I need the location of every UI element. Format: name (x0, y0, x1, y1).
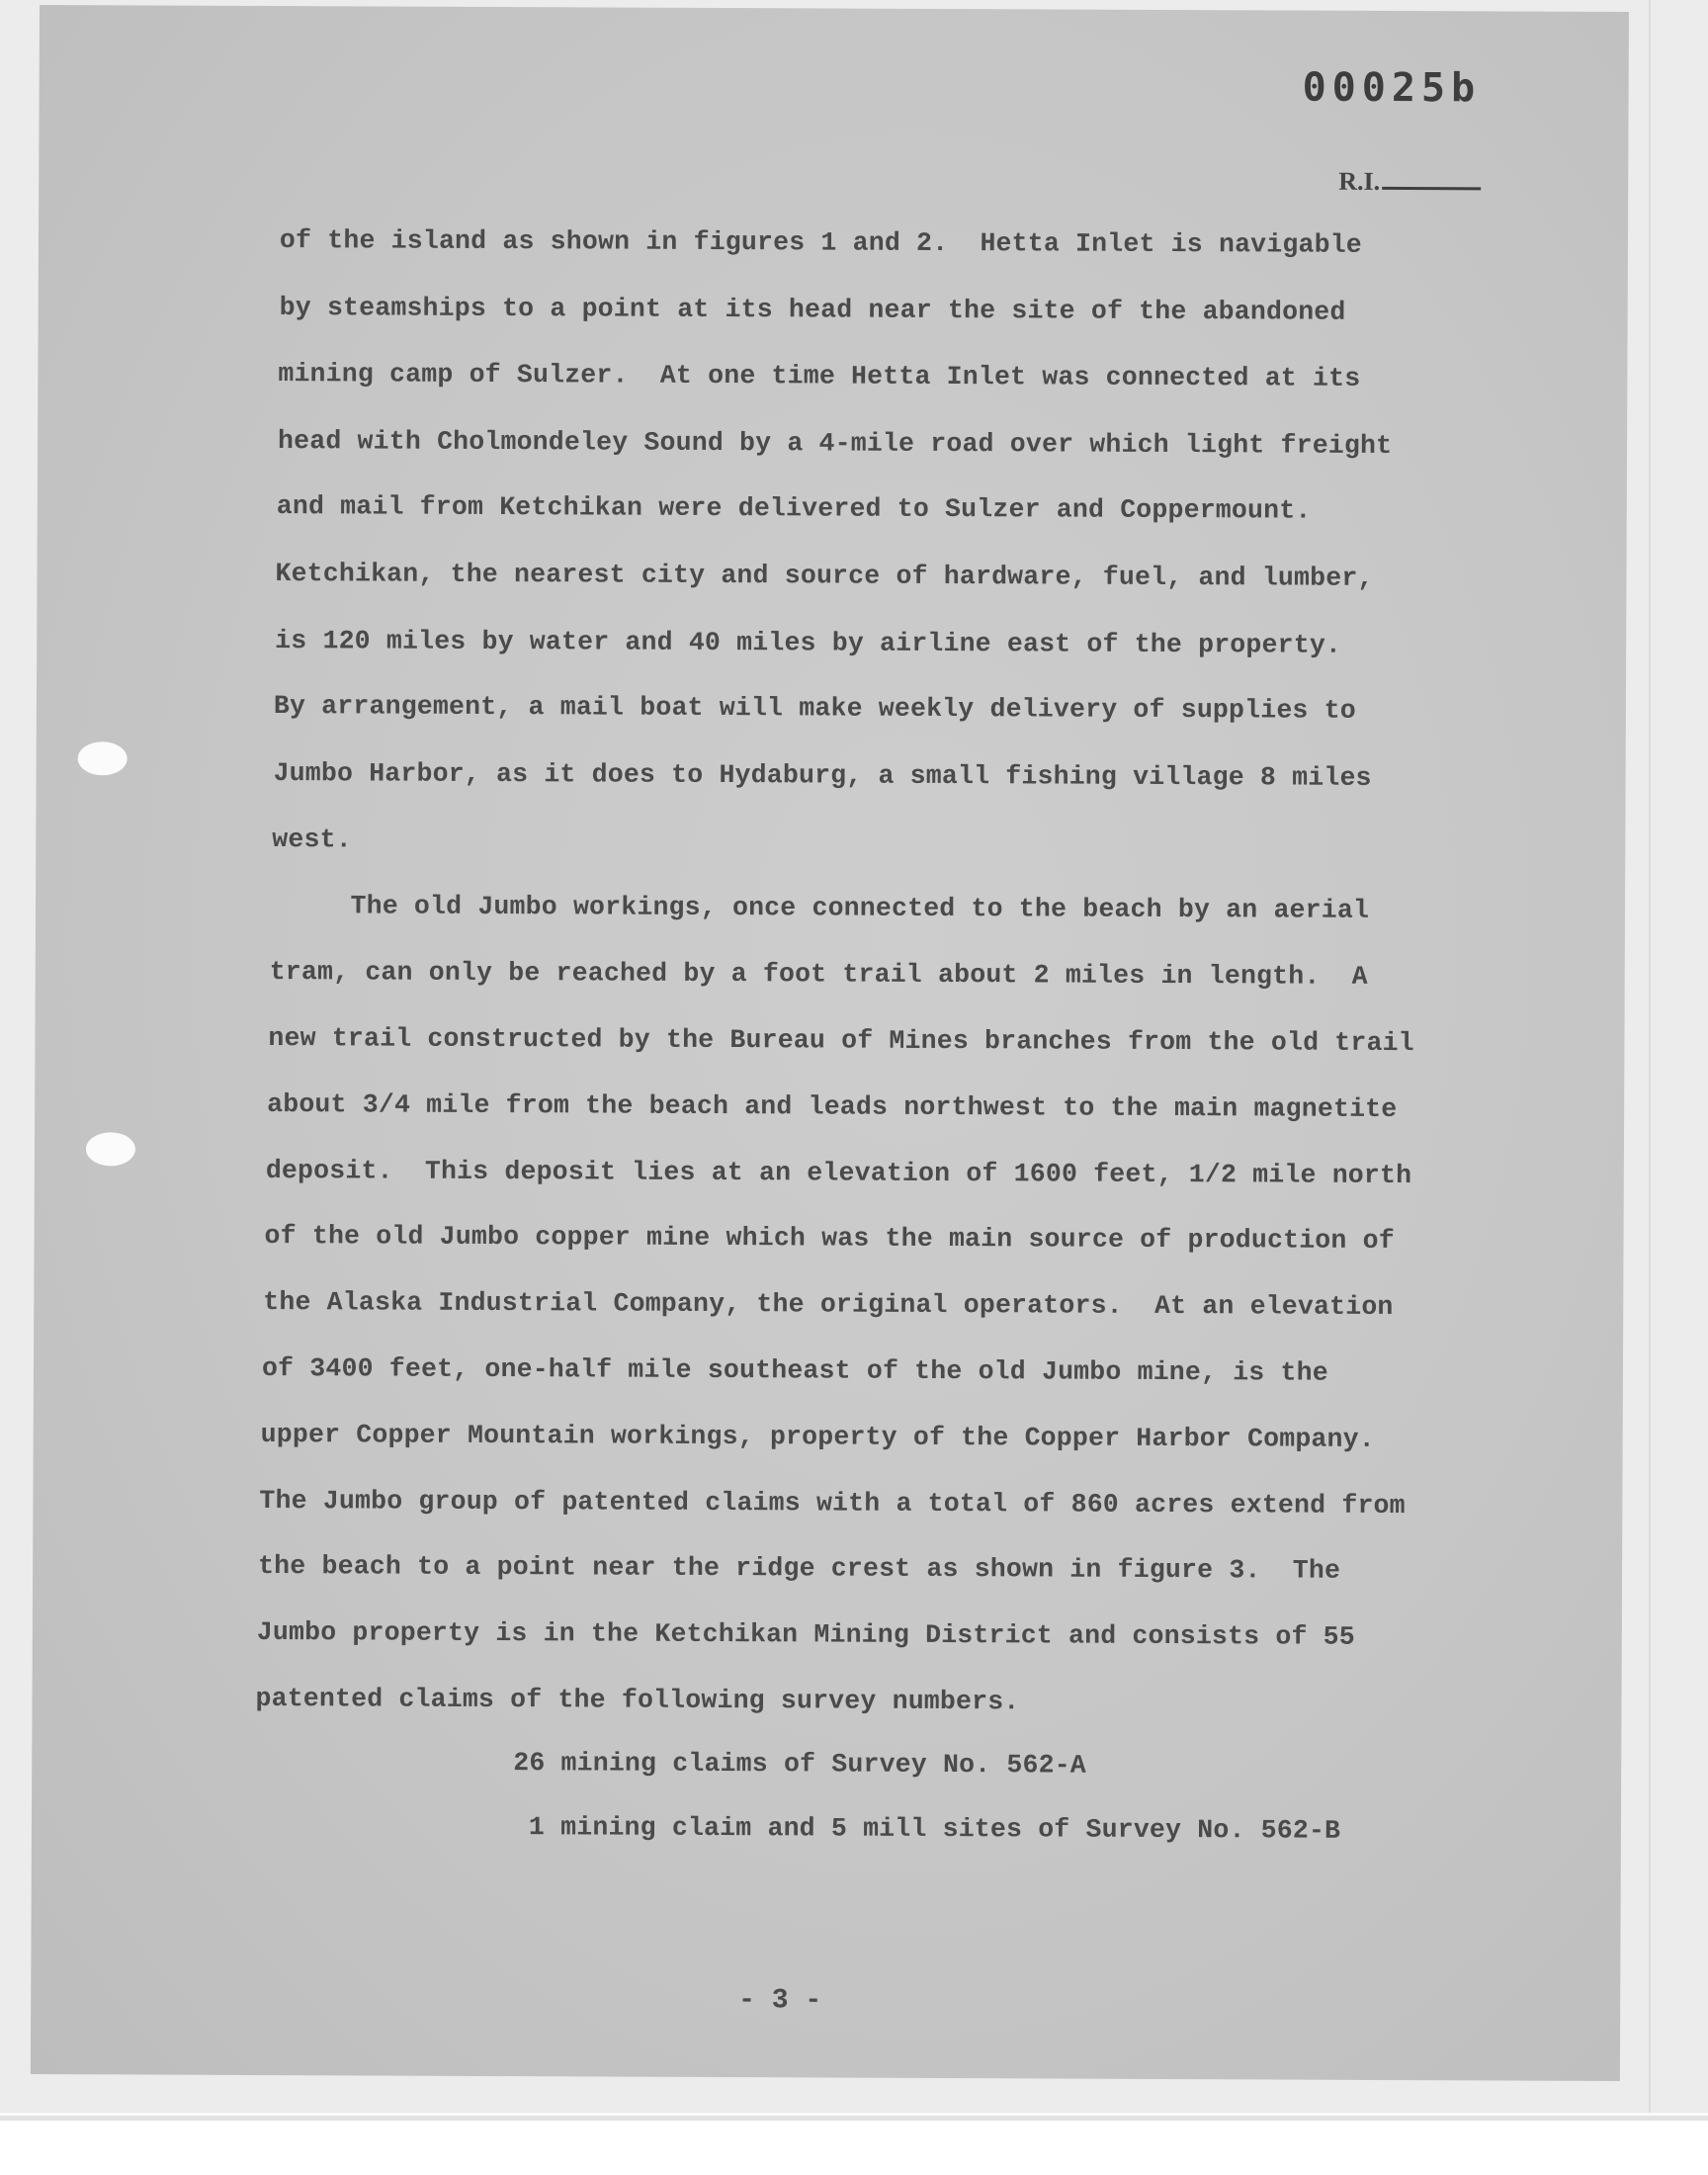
punch-hole-bottom (86, 1132, 135, 1166)
scan-bottom-band (0, 2116, 1708, 2121)
text-line: west. (272, 825, 352, 854)
text-line: of 3400 feet, one-half mile southeast of… (262, 1353, 1328, 1388)
text-line: tram, can only be reached by a foot trai… (270, 957, 1368, 992)
text-line: The old Jumbo workings, once connected t… (271, 891, 1369, 925)
text-line: about 3/4 mile from the beach and leads … (267, 1089, 1397, 1124)
text-line: the Alaska Industrial Company, the origi… (263, 1287, 1393, 1322)
punch-hole-top (78, 741, 128, 775)
text-line: Ketchikan, the nearest city and source o… (275, 559, 1373, 593)
text-line: and mail from Ketchikan were delivered t… (277, 491, 1312, 526)
page-number: - 3 - (738, 1985, 821, 2016)
text-line: is 120 miles by water and 40 miles by ai… (275, 626, 1341, 660)
text-line: patented claims of the following survey … (255, 1684, 1019, 1716)
text-line: deposit. This deposit lies at an elevati… (266, 1156, 1412, 1190)
survey-list-item: 1 mining claim and 5 mill sites of Surve… (529, 1812, 1340, 1846)
report-of-investigation-label: R.I. (1338, 167, 1481, 198)
ri-blank-line (1382, 187, 1481, 190)
ri-label: R.I. (1338, 167, 1380, 196)
document-number: 00025b (1303, 65, 1482, 112)
text-line: new trail constructed by the Bureau of M… (268, 1023, 1414, 1058)
text-line: Jumbo property is in the Ketchikan Minin… (257, 1617, 1355, 1652)
text-line: the beach to a point near the ridge cres… (258, 1551, 1340, 1586)
text-line: of the old Jumbo copper mine which was t… (265, 1221, 1395, 1256)
text-line: upper Copper Mountain workings, property… (261, 1420, 1375, 1454)
text-line: Jumbo Harbor, as it does to Hydaburg, a … (274, 758, 1372, 793)
document-page: 00025b R.I. of the island as shown in fi… (31, 5, 1629, 2081)
scanner-edge-line (1649, 0, 1651, 2121)
text-line: of the island as shown in figures 1 and … (280, 225, 1362, 260)
text-line: By arrangement, a mail boat will make we… (274, 691, 1356, 726)
survey-list-item: 26 mining claims of Survey No. 562-A (513, 1748, 1086, 1781)
text-line: mining camp of Sulzer. At one time Hetta… (278, 359, 1360, 393)
text-line: The Jumbo group of patented claims with … (259, 1486, 1406, 1521)
text-line: by steamships to a point at its head nea… (280, 293, 1346, 327)
text-line: head with Cholmondeley Sound by a 4-mile… (278, 426, 1392, 461)
